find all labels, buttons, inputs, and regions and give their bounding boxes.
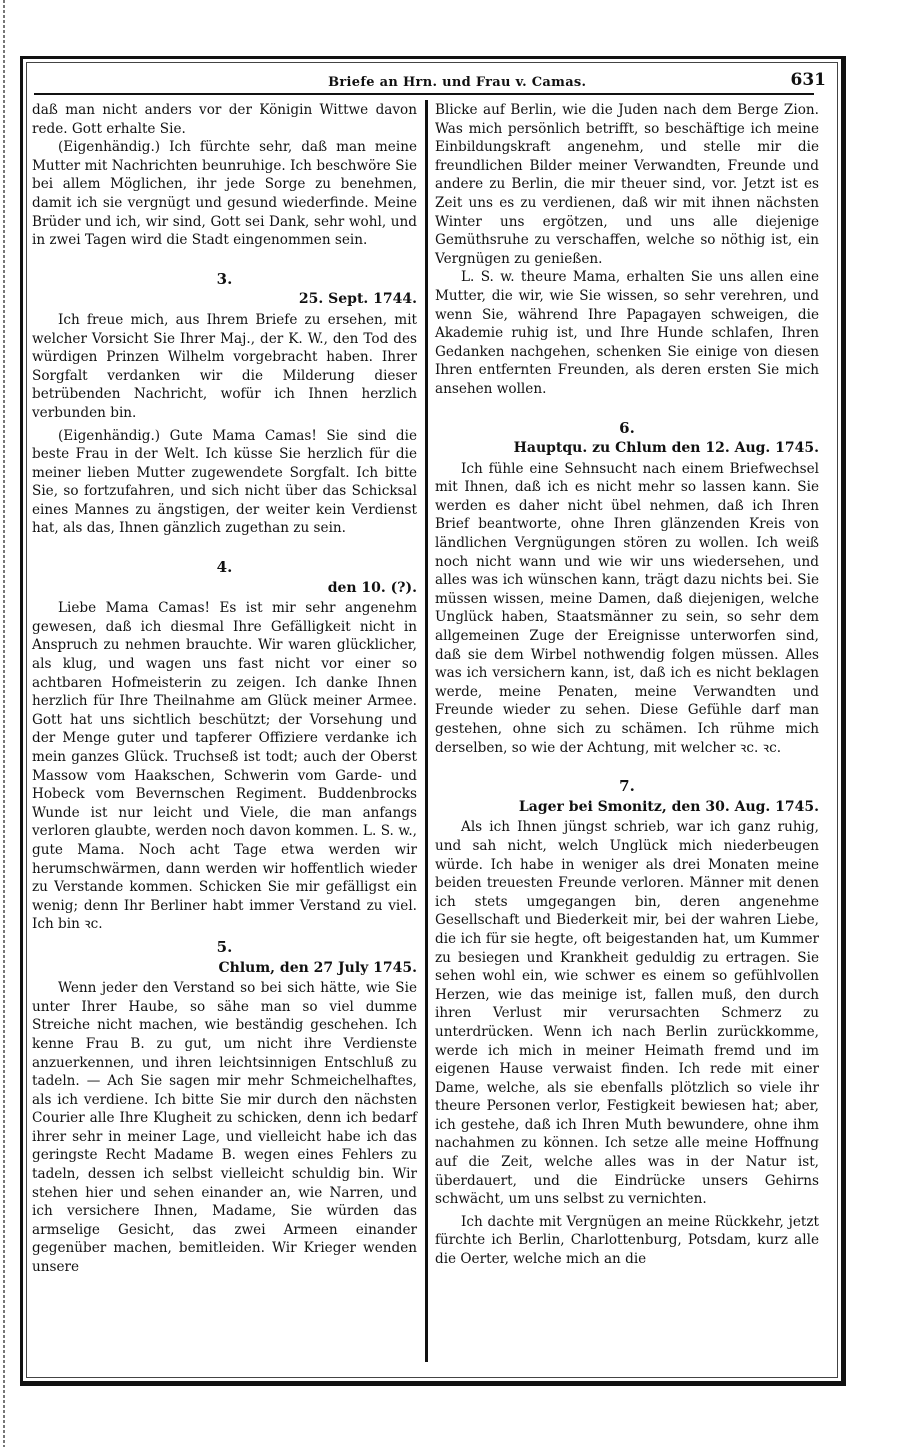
paragraph: (Eigenhändig.) Ich fürchte sehr, daß man… — [32, 138, 417, 250]
paragraph: Ich fühle eine Sehnsucht nach einem Brie… — [435, 460, 819, 758]
scan-edge — [3, 0, 5, 1447]
letter-date: Lager bei Smonitz, den 30. Aug. 1745. — [435, 798, 819, 817]
letter-number: 4. — [32, 558, 417, 577]
paragraph: Ich freue mich, aus Ihrem Briefe zu erse… — [32, 311, 417, 423]
page-number: 631 — [791, 70, 831, 90]
letter-date: den 10. (?). — [32, 579, 417, 598]
paragraph: Blicke auf Berlin, wie die Juden nach de… — [435, 101, 819, 268]
paragraph: Liebe Mama Camas! Es ist mir sehr angene… — [32, 599, 417, 934]
paragraph: Wenn jeder den Verstand so bei sich hätt… — [32, 979, 417, 1277]
column-divider — [425, 100, 428, 1362]
letter-date: Hauptqu. zu Chlum den 12. Aug. 1745. — [435, 439, 819, 458]
letter-number: 6. — [435, 419, 819, 438]
running-header: Briefe an Hrn. und Frau v. Camas. 631 — [34, 64, 830, 90]
right-column: Blicke auf Berlin, wie die Juden nach de… — [435, 101, 819, 1269]
paragraph: (Eigenhändig.) Gute Mama Camas! Sie sind… — [32, 427, 417, 539]
letter-date: Chlum, den 27 July 1745. — [32, 959, 417, 978]
letter-date: 25. Sept. 1744. — [32, 290, 417, 309]
header-rule — [34, 93, 814, 95]
left-column: daß man nicht anders vor der Königin Wit… — [32, 101, 417, 1277]
paragraph: daß man nicht anders vor der Königin Wit… — [32, 101, 417, 138]
running-title: Briefe an Hrn. und Frau v. Camas. — [34, 75, 791, 90]
letter-number: 3. — [32, 270, 417, 289]
paragraph: Ich dachte mit Vergnügen an meine Rückke… — [435, 1213, 819, 1269]
paragraph: Als ich Ihnen jüngst schrieb, war ich ga… — [435, 818, 819, 1208]
letter-number: 5. — [32, 938, 417, 957]
paragraph: L. S. w. theure Mama, erhalten Sie uns a… — [435, 268, 819, 398]
letter-number: 7. — [435, 777, 819, 796]
